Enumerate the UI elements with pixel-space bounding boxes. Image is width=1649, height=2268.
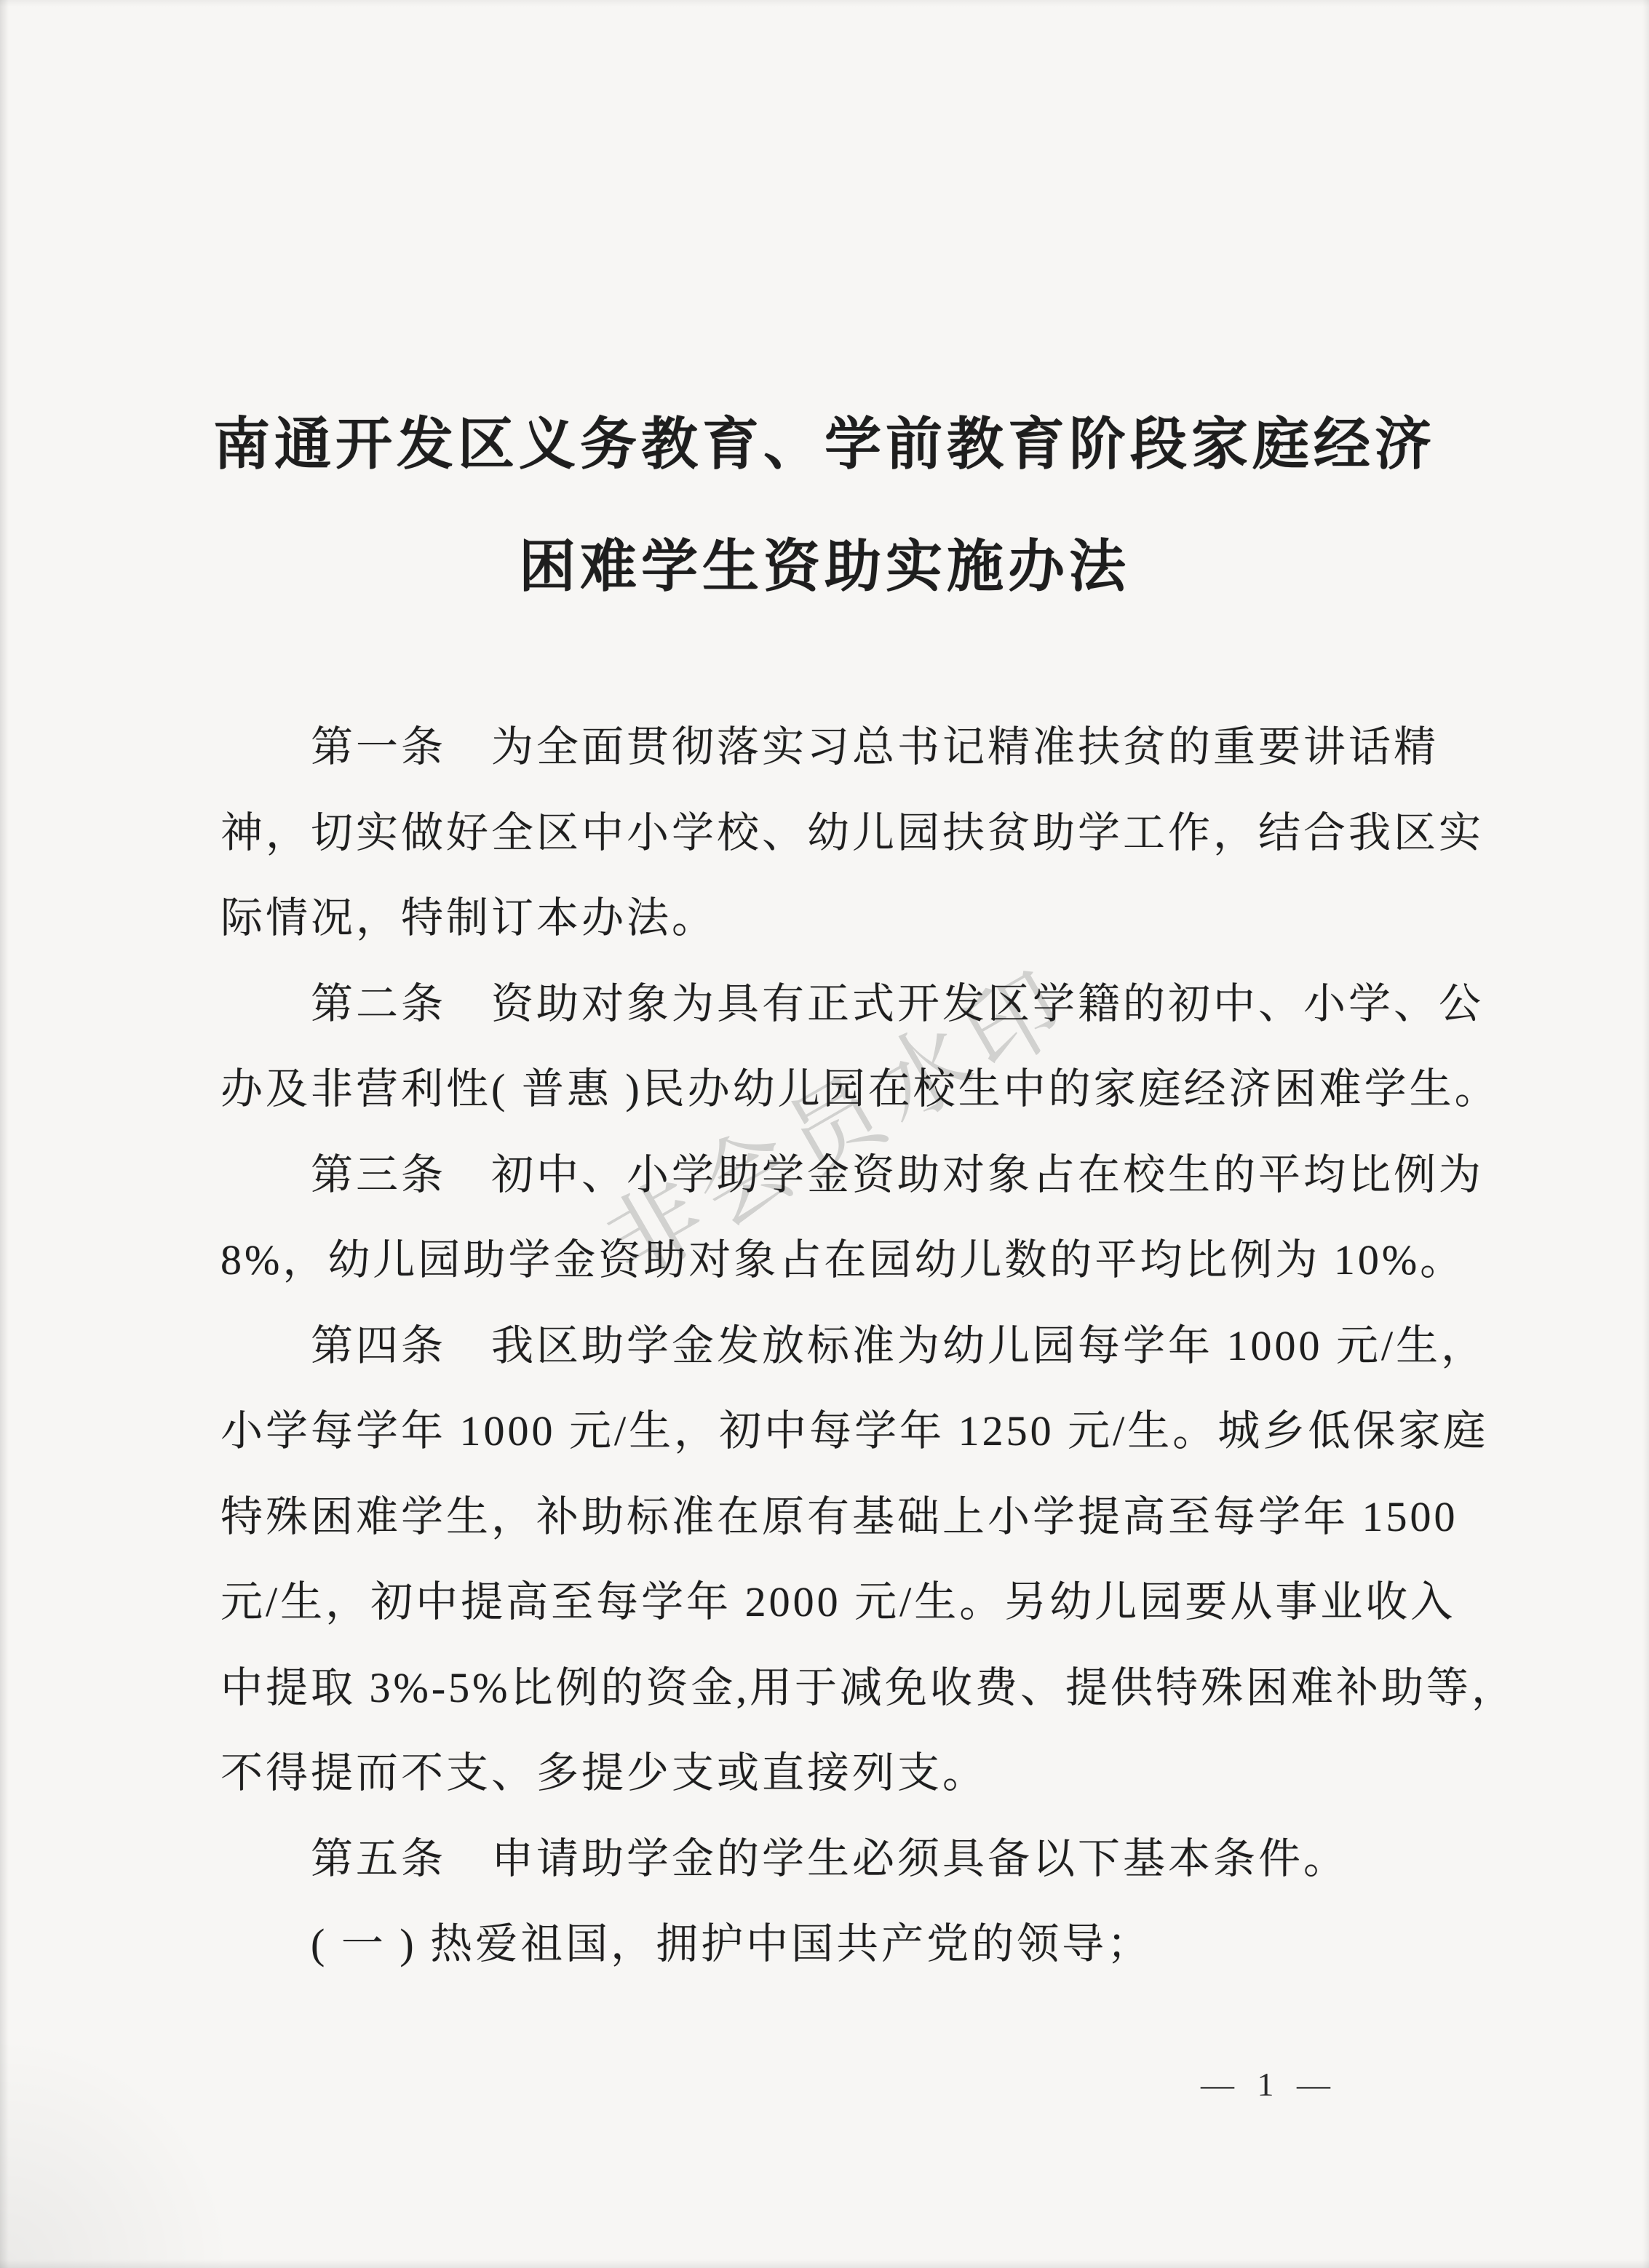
document-body: 第一条 为全面贯彻落实习总书记精准扶贫的重要讲话精 神，切实做好全区中小学校、幼… — [220, 704, 1450, 1987]
page-number: — 1 — — [1201, 2065, 1338, 2104]
body-line-12: 中提取 3%-5%比例的资金,用于减免收费、提供特殊困难补助等， — [220, 1645, 1450, 1731]
scanned-document-page: 非会员水印 南通开发区义务教育、学前教育阶段家庭经济 困难学生资助实施办法 第一… — [0, 0, 1649, 2268]
body-line-2: 神，切实做好全区中小学校、幼儿园扶贫助学工作，结合我区实 — [220, 790, 1450, 876]
document-title-line-1: 南通开发区义务教育、学前教育阶段家庭经济 — [0, 399, 1649, 480]
body-line-1: 第一条 为全面贯彻落实习总书记精准扶贫的重要讲话精 — [220, 704, 1450, 790]
body-line-8: 第四条 我区助学金发放标准为幼儿园每学年 1000 元/生， — [220, 1303, 1450, 1389]
body-line-3: 际情况，特制订本办法。 — [220, 875, 1450, 961]
document-title-line-2: 困难学生资助实施办法 — [0, 521, 1649, 602]
body-line-14: 第五条 申请助学金的学生必须具备以下基本条件。 — [220, 1816, 1450, 1902]
body-line-11: 元/生，初中提高至每学年 2000 元/生。另幼儿园要从事业收入 — [220, 1559, 1450, 1645]
body-line-7: 8%，幼儿园助学金资助对象占在园幼儿数的平均比例为 10%。 — [220, 1217, 1450, 1303]
body-line-15: ( 一 ) 热爱祖国，拥护中国共产党的领导； — [220, 1901, 1450, 1987]
body-line-6: 第三条 初中、小学助学金资助对象占在校生的平均比例为 — [220, 1132, 1450, 1218]
body-line-4: 第二条 资助对象为具有正式开发区学籍的初中、小学、公 — [220, 961, 1450, 1047]
body-line-10: 特殊困难学生，补助标准在原有基础上小学提高至每学年 1500 — [220, 1474, 1450, 1560]
body-line-13: 不得提而不支、多提少支或直接列支。 — [220, 1730, 1450, 1816]
body-line-9: 小学每学年 1000 元/生，初中每学年 1250 元/生。城乡低保家庭 — [220, 1388, 1450, 1474]
body-line-5: 办及非营利性( 普惠 )民办幼儿园在校生中的家庭经济困难学生。 — [220, 1046, 1450, 1132]
